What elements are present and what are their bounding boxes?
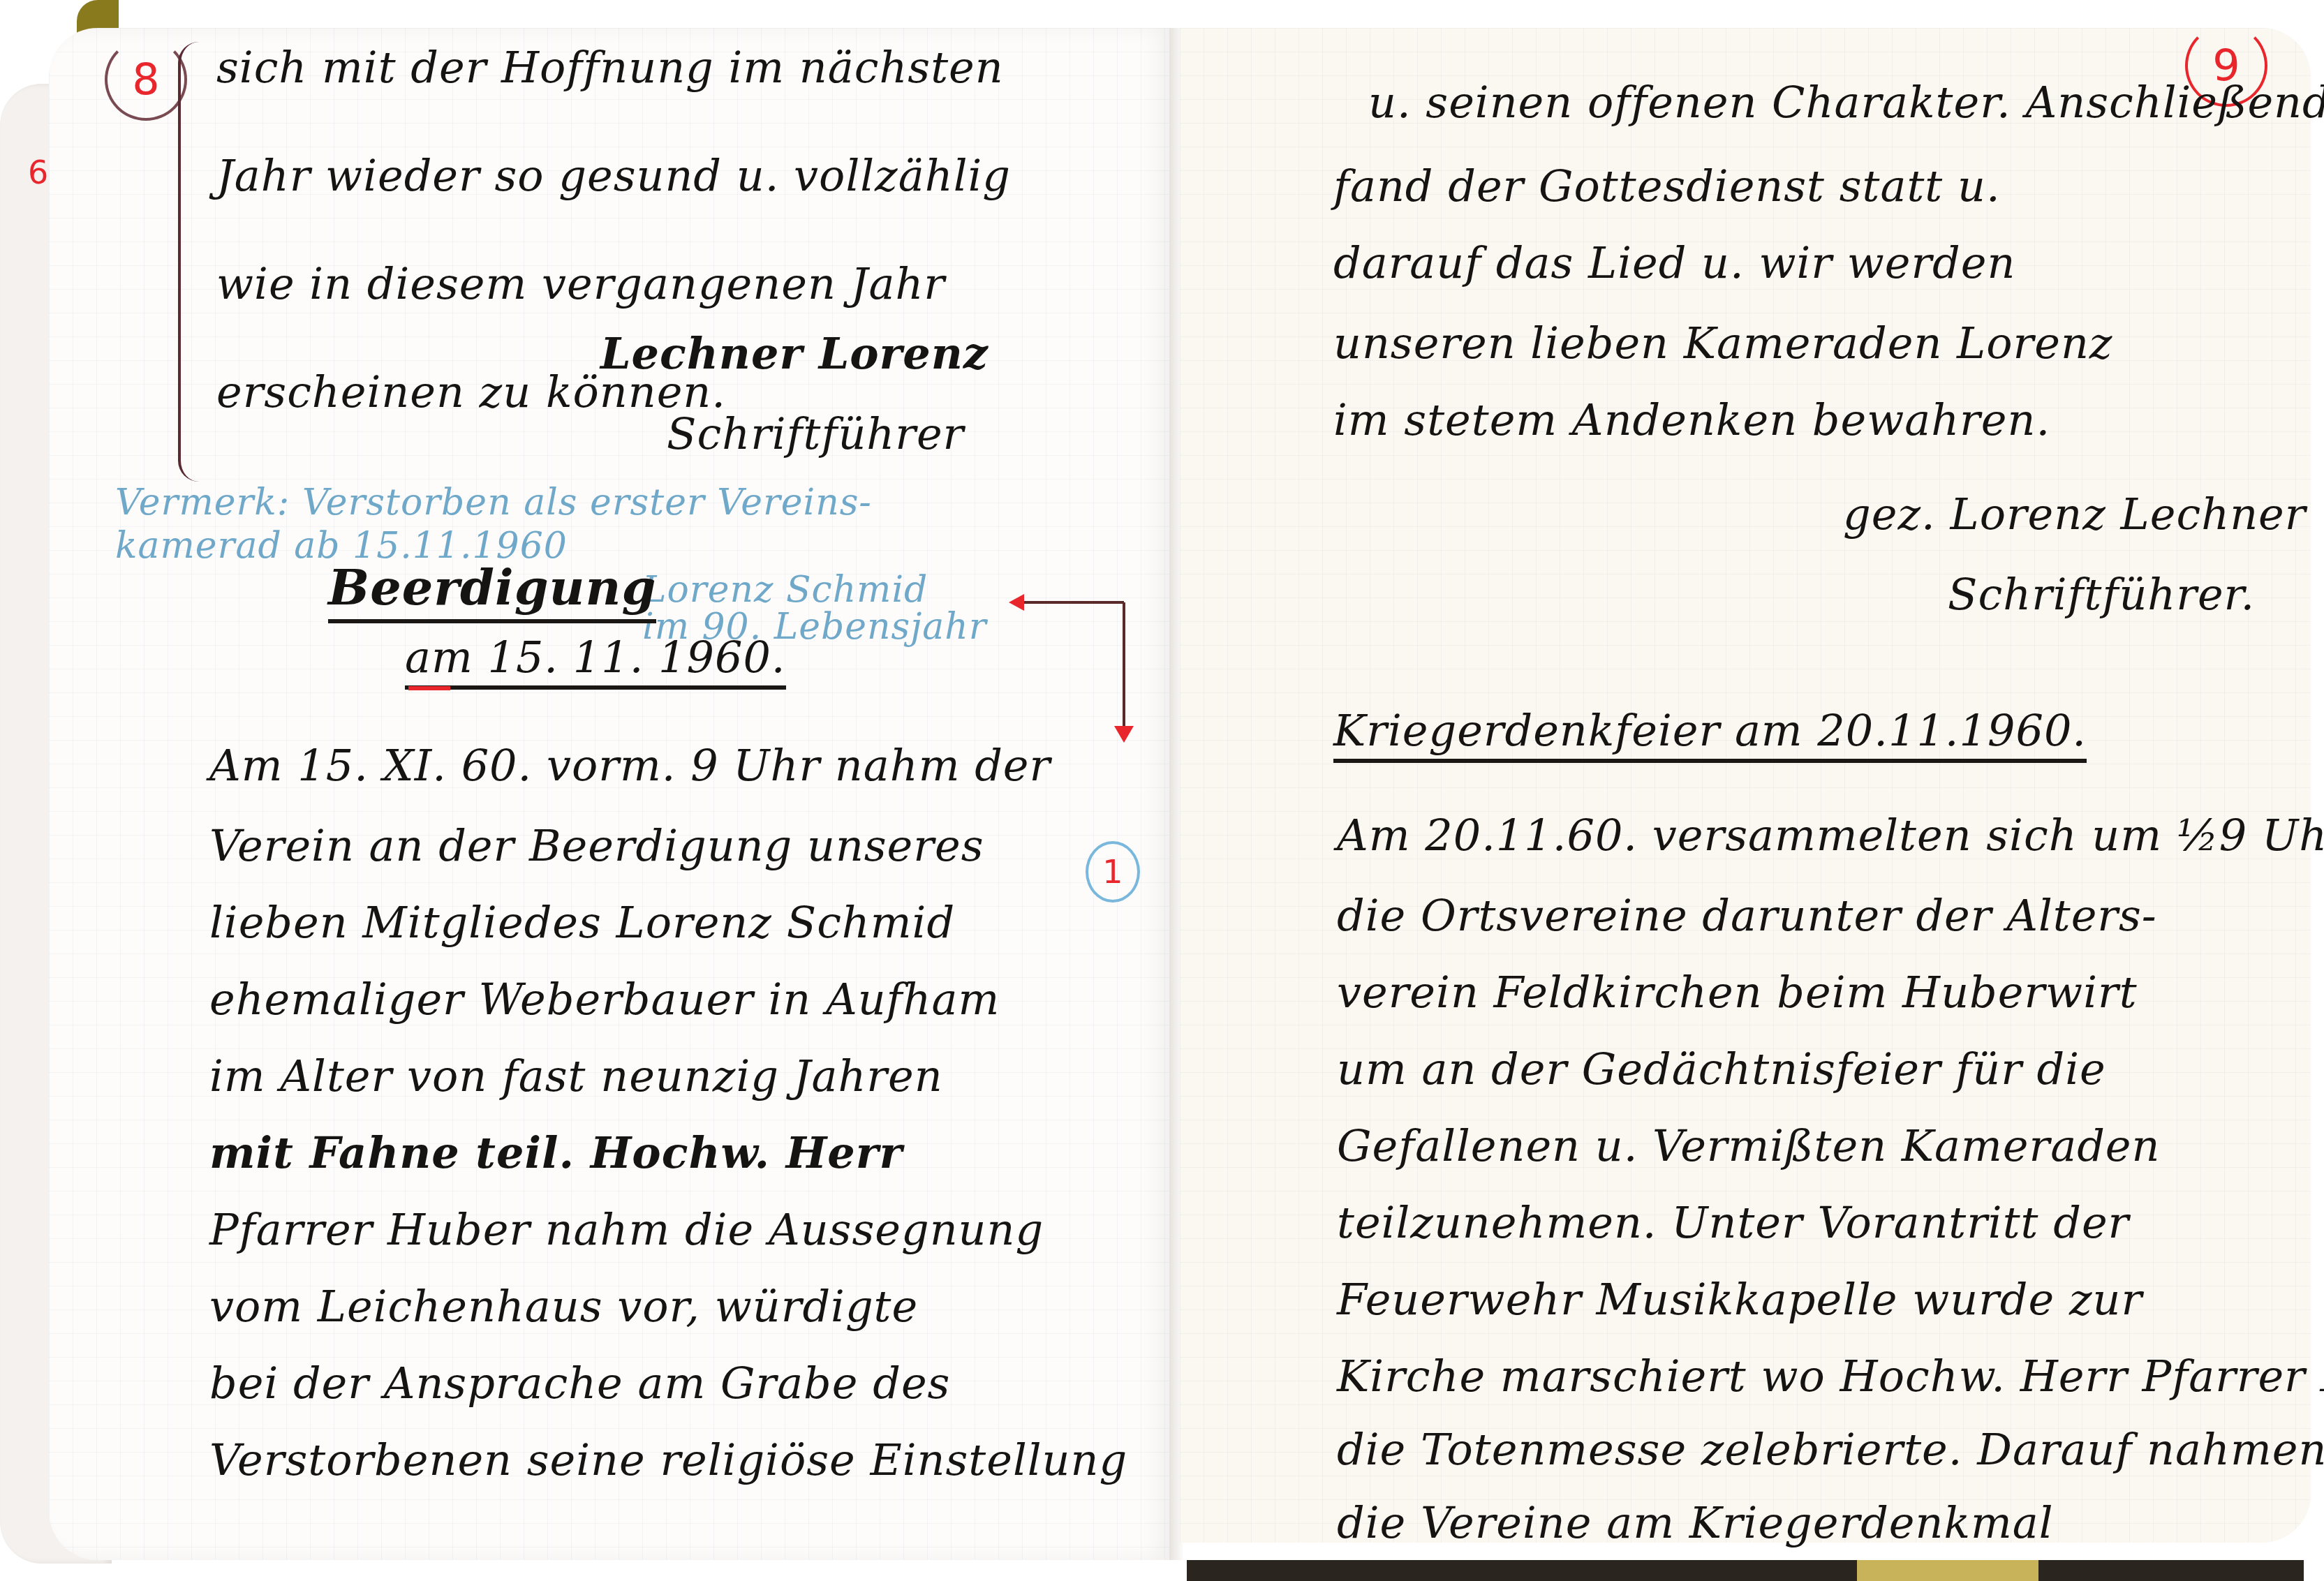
page-marker-underlying: 6 — [28, 154, 48, 191]
right-body-line: Kirche marschiert wo Hochw. Herr Pfarrer… — [1337, 1351, 2324, 1402]
right-heading-title: Kriegerdenkfeier am 20.11.1960. — [1333, 705, 2087, 763]
arrow-left-icon — [1009, 594, 1024, 611]
left-heading-title: Beerdigung — [328, 558, 656, 623]
arrow-down-icon — [1114, 726, 1134, 743]
right-body-line: Gefallenen u. Vermißten Kameraden — [1337, 1120, 2160, 1171]
left-body-line: bei der Ansprache am Grabe des — [209, 1358, 950, 1409]
annotation-arrow-line — [1123, 602, 1125, 735]
left-body-line: lieben Mitgliedes Lorenz Schmid — [209, 897, 955, 948]
page-marker-left: 8 — [105, 38, 187, 121]
left-continuation-line: wie in diesem vergangenen Jahr — [216, 258, 945, 309]
right-continuation-line: fand der Gottesdienst statt u. — [1333, 161, 2001, 211]
right-body-line: verein Feldkirchen beim Huberwirt — [1337, 967, 2138, 1018]
left-continuation-line: Jahr wieder so gesund u. vollzählig — [216, 150, 1011, 201]
left-continuation-line: sich mit der Hoffnung im nächsten — [216, 42, 1004, 93]
right-continuation-line: darauf das Lied u. wir werden — [1333, 237, 2015, 288]
left-heading-date: am 15. 11. 1960. — [405, 632, 786, 690]
right-continuation-line: u. seinen offenen Charakter. Anschließen… — [1368, 77, 2324, 128]
notebook-spread: 6 8 sich mit der Hoffnung im nächsten Ja… — [0, 0, 2324, 1581]
right-continuation-line: im stetem Andenken bewahren. — [1333, 394, 2050, 445]
footnote-marker: 1 — [1086, 841, 1140, 903]
right-body-line: Feuerwehr Musikkapelle wurde zur — [1337, 1274, 2142, 1325]
red-underline-mark — [408, 686, 450, 690]
right-body-line: Am 20.11.60. versammelten sich um ½9 Uhr… — [1337, 810, 2324, 861]
left-body-line: ehemaliger Weberbauer in Aufham — [209, 974, 1000, 1025]
annotation-line: Vermerk: Verstorben als erster Vereins- — [115, 482, 872, 524]
bracket-mark — [178, 42, 202, 482]
left-body-line: im Alter von fast neunzig Jahren — [209, 1051, 943, 1101]
bookmark-ribbon — [1857, 1560, 2038, 1581]
left-body-line: Verstorbenen seine religiöse Einstellung — [209, 1434, 1127, 1485]
right-body-line: die Ortsvereine darunter der Alters- — [1337, 890, 2157, 941]
right-signature-role: Schriftführer. — [1948, 569, 2255, 620]
left-signature-role: Schriftführer — [667, 408, 964, 459]
left-body-line: Am 15. XI. 60. vorm. 9 Uhr nahm der — [209, 740, 1051, 791]
right-body-line: teilzunehmen. Unter Vorantritt der — [1337, 1197, 2129, 1248]
annotation-arrow-line — [1019, 601, 1124, 604]
left-body-line: mit Fahne teil. Hochw. Herr — [209, 1127, 903, 1178]
book-bottom-edge — [1187, 1560, 2304, 1581]
right-continuation-line: unseren lieben Kameraden Lorenz — [1333, 318, 2113, 369]
left-body-line: Verein an der Beerdigung unseres — [209, 820, 984, 871]
left-body-line: Pfarrer Huber nahm die Aussegnung — [209, 1204, 1044, 1255]
left-signature-name: Lechner Lorenz — [600, 328, 989, 379]
signature-prefix: gez. — [1843, 489, 1936, 540]
right-signature-name: gez. Lorenz Lechner — [1843, 489, 2306, 540]
annotation-line: Lorenz Schmid — [642, 569, 928, 611]
signature-name: Lorenz Lechner — [1950, 489, 2306, 540]
right-body-line: die Vereine am Kriegerdenkmal — [1337, 1497, 2054, 1548]
left-body-line: vom Leichenhaus vor, würdigte — [209, 1281, 918, 1332]
right-body-line: die Totenmesse zelebrierte. Darauf nahme… — [1337, 1424, 2324, 1475]
right-body-line: um an der Gedächtnisfeier für die — [1337, 1044, 2106, 1094]
